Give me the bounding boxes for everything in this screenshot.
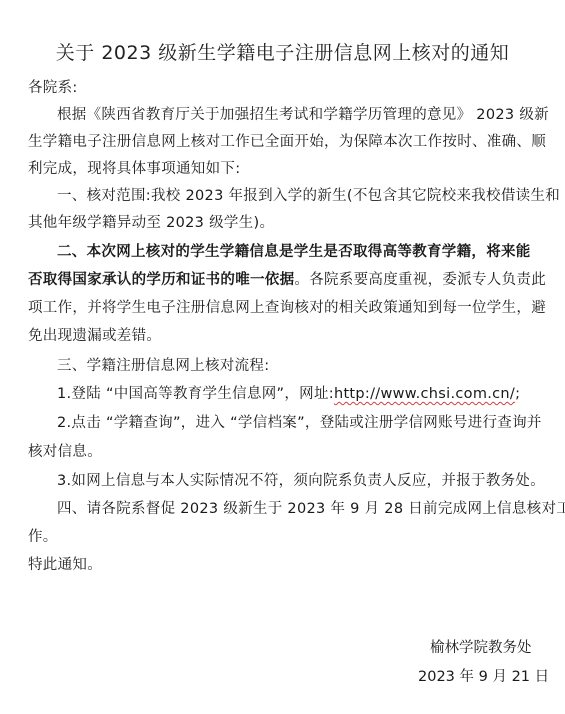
intro-line-3: 利完成，现将具体事项通知如下: (28, 159, 538, 179)
section2-line-2: 否取得国家承认的学历和证书的唯一依据。各院系要高度重视，委派专人负责此 (28, 270, 538, 290)
signature-org: 榆林学院教务处 (430, 636, 532, 657)
step1-suffix: ; (515, 386, 520, 402)
section2-line-2-rest: 。各院系要高度重视，委派专人负责此 (294, 272, 546, 288)
section3-heading: 三、学籍注册信息网上核对流程: (57, 356, 538, 376)
intro-line-1: 根据《陕西省教育厅关于加强招生考试和学籍学历管理的意见》 2023 级新 (57, 105, 538, 125)
section4-line-2: 作。 (28, 527, 538, 547)
section1-line-1: 一、核对范围:我校 2023 年报到入学的新生(不包含其它院校来我校借读生和 (57, 186, 538, 206)
section2-line-3: 项工作，并将学生电子注册信息网上查询核对的相关政策通知到每一位学生，避 (28, 298, 538, 318)
step1-prefix: 1.登陆 “中国高等教育学生信息网”，网址: (57, 386, 334, 402)
document-title: 关于 2023 级新生学籍电子注册信息网上核对的通知 (0, 38, 565, 65)
section4-line-1: 四、请各院系督促 2023 级新生于 2023 年 9 月 28 日前完成网上信… (57, 499, 538, 519)
section2-line-4: 免出现遗漏或差错。 (28, 326, 538, 346)
chsi-link[interactable]: http://www.chsi.com.cn/ (334, 386, 515, 402)
salutation: 各院系: (28, 78, 538, 98)
section3-step-3: 3.如网上信息与本人实际情况不符，须向院系负责人反应，并报于教务处。 (57, 471, 538, 491)
section2-line-1: 二、本次网上核对的学生学籍信息是学生是否取得高等教育学籍，将来能 (57, 242, 538, 262)
section3-step-1: 1.登陆 “中国高等教育学生信息网”，网址:http://www.chsi.co… (57, 384, 538, 404)
section3-step-2-line-1: 2.点击 “学籍查询”，进入 “学信档案”，登陆或注册学信网账号进行查询并 (57, 413, 538, 433)
signature-date: 2023 年 9 月 21 日 (418, 665, 549, 686)
closing: 特此通知。 (28, 555, 538, 575)
section1-line-2: 其他年级学籍异动至 2023 级学生)。 (28, 213, 538, 233)
section3-step-2-line-2: 核对信息。 (28, 442, 538, 462)
notice-document: 关于 2023 级新生学籍电子注册信息网上核对的通知 各院系: 根据《陕西省教育… (0, 0, 565, 714)
intro-line-2: 生学籍电子注册信息网上核对工作已全面开始，为保障本次工作按时、准确、顺 (28, 132, 538, 152)
section2-emphasis: 否取得国家承认的学历和证书的唯一依据 (28, 272, 294, 288)
